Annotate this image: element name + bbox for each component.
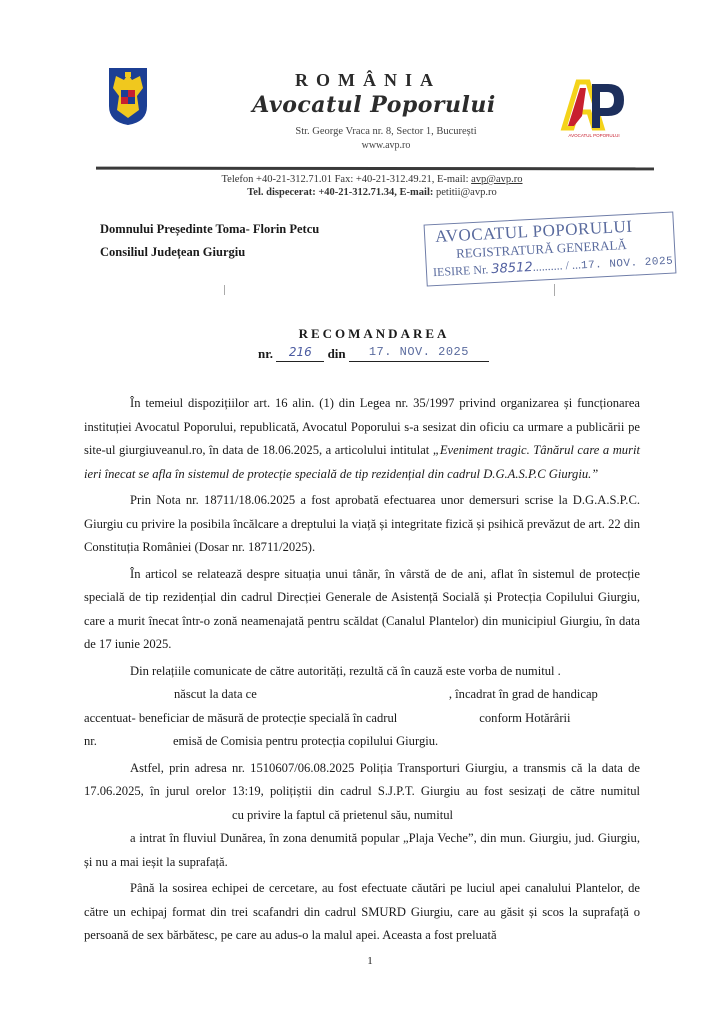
nr-label: nr. [258,346,273,361]
document-date: 17. NOV. 2025 [349,345,489,362]
paragraph-intro: În temeiul dispozițiilor art. 16 alin. (… [84,392,640,486]
stamp-exit-label: IESIRE Nr. [433,262,492,279]
contact-line-1: Telefon +40-21-312.71.01 Fax: +40-21-312… [0,174,724,185]
paragraph-text: Din relațiile comunicate de către autori… [130,664,561,678]
paragraph-note: Prin Nota nr. 18711/18.06.2025 a fost ap… [84,489,640,560]
paragraph-text: a intrat în fluviul Dunărea, în zona den… [84,831,640,869]
din-label: din [328,346,346,361]
paragraph-text: accentuat- beneficiar de măsură de prote… [84,711,397,725]
paragraph-text: Astfel, prin adresa nr. 1510607/06.08.20… [84,761,640,799]
registry-stamp: AVOCATUL POPORULUI REGISTRATURĂ GENERALĂ… [424,212,677,287]
paragraph-text: emisă de Comisia pentru protecția copilu… [173,734,438,748]
paragraph-text: conform Hotărârii [479,711,570,725]
document-number-line: nr. 216 din 17. NOV. 2025 [258,345,489,362]
addressee-name: Domnului Președinte Toma- Florin Petcu [100,222,319,237]
stamp-separator: .......... / ... [532,257,581,274]
stamp-date: 17. NOV. 2025 [581,256,674,273]
paragraph-text: , încadrat în grad de handicap [449,687,598,701]
paragraph-text: nr. [84,734,97,748]
contact-email-link[interactable]: avp@avp.ro [471,174,522,185]
dispatch-phone: Tel. dispecerat: +40-21-312.71.34, E-mai… [247,187,436,198]
institution-address: Str. George Vraca nr. 8, Sector 1, Bucur… [0,126,724,137]
paragraph-relations: Din relațiile comunicate de către autori… [84,660,640,754]
country-heading: ROMÂNIA [0,70,724,91]
petitions-email-link[interactable]: petitii@avp.ro [436,187,497,198]
document-body: În temeiul dispozițiilor art. 16 alin. (… [84,392,640,951]
document-title: RECOMANDAREA [0,326,724,342]
paragraph-article: În articol se relatează despre situația … [84,563,640,657]
header-divider [96,167,654,171]
scan-mark [224,285,225,295]
page-number: 1 [0,955,724,967]
scan-mark [554,284,555,296]
contact-line-2: Tel. dispecerat: +40-21-312.71.34, E-mai… [0,187,724,198]
document-number: 216 [276,345,324,362]
institution-name: Avocatul Poporului [0,92,724,118]
contact-phone-fax: Telefon +40-21-312.71.01 Fax: +40-21-312… [221,174,471,185]
stamp-handwritten-number: 38512 [491,260,533,277]
institution-website[interactable]: www.avp.ro [0,140,724,151]
paragraph-text: cu privire la faptul că prietenul său, n… [232,808,453,822]
paragraph-search: Până la sosirea echipei de cercetare, au… [84,877,640,948]
paragraph-text: născut la data ce [174,687,257,701]
addressee-institution: Consiliul Județean Giurgiu [100,245,245,260]
paragraph-police: Astfel, prin adresa nr. 1510607/06.08.20… [84,757,640,875]
